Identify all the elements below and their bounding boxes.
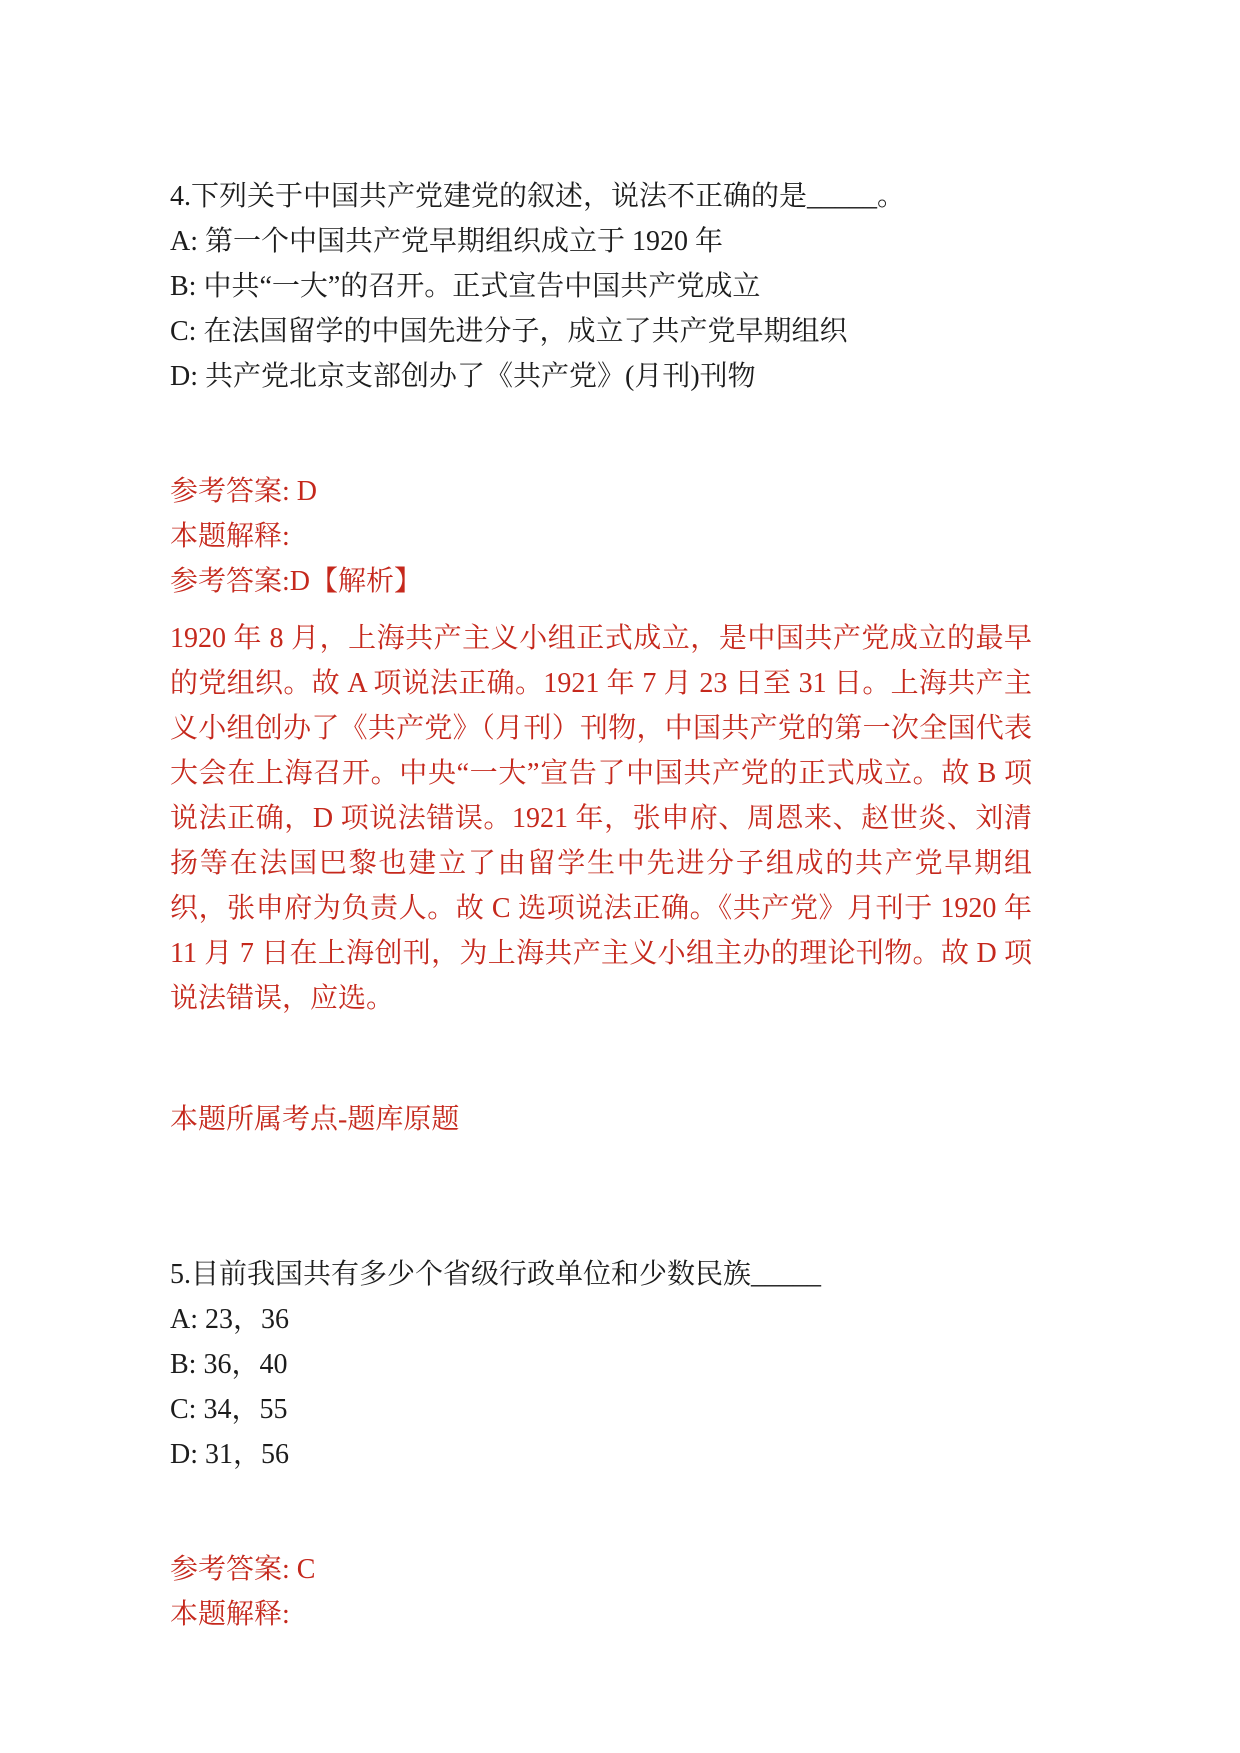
question-4-option-b: B: 中共“一大”的召开。正式宣告中国共产党成立 — [170, 264, 1032, 309]
question-5-option-c: C: 34，55 — [170, 1387, 1032, 1432]
question-4-option-d: D: 共产党北京支部创办了《共产党》(月刊)刊物 — [170, 354, 1032, 399]
question-5-option-a: A: 23，36 — [170, 1297, 1032, 1342]
question-5-option-d: D: 31，56 — [170, 1432, 1032, 1477]
question-block-5: 5.目前我国共有多少个省级行政单位和少数民族_____ A: 23，36 B: … — [170, 1252, 1032, 1637]
question-4-option-c: C: 在法国留学的中国先进分子，成立了共产党早期组织 — [170, 309, 1032, 354]
question-5-title: 5.目前我国共有多少个省级行政单位和少数民族_____ — [170, 1252, 1032, 1297]
question-4-reference-answer: 参考答案: D — [170, 469, 1032, 514]
question-4-explanation-heading: 本题解释: — [170, 514, 1032, 559]
question-4-title: 4.下列关于中国共产党建党的叙述，说法不正确的是_____。 — [170, 174, 1032, 219]
exam-document: 4.下列关于中国共产党建党的叙述，说法不正确的是_____。 A: 第一个中国共… — [0, 0, 1240, 1697]
question-5-explanation-heading: 本题解释: — [170, 1592, 1032, 1637]
question-4-analysis-heading: 参考答案:D【解析】 — [170, 559, 1032, 604]
question-4-topic-note: 本题所属考点-题库原题 — [170, 1097, 1032, 1142]
question-5-option-b: B: 36，40 — [170, 1342, 1032, 1387]
question-block-4: 4.下列关于中国共产党建党的叙述，说法不正确的是_____。 A: 第一个中国共… — [170, 174, 1032, 1142]
question-5-reference-answer: 参考答案: C — [170, 1547, 1032, 1592]
question-4-option-a: A: 第一个中国共产党早期组织成立于 1920 年 — [170, 219, 1032, 264]
question-4-analysis-body: 1920 年 8 月，上海共产主义小组正式成立，是中国共产党成立的最早的党组织。… — [170, 616, 1032, 1021]
